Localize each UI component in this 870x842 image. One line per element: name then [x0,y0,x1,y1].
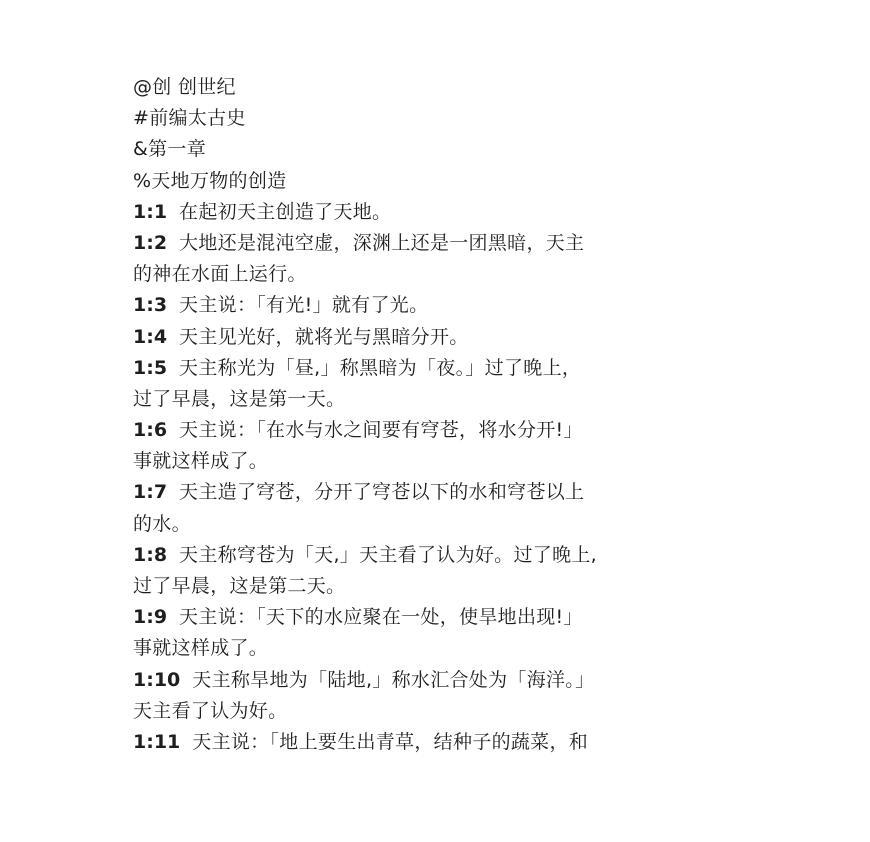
verse-continuation: 过了早晨，这是第一天。 [133,384,753,415]
verse-number: 1:9 [133,606,167,628]
verse-text: 天主称旱地为「陆地,」称水汇合处为「海洋。」 [192,669,594,691]
verse-text: 天主见光好，就将光与黑暗分开。 [179,326,469,348]
document-page: @创 创世纪 #前编太古史 &第一章 %天地万物的创造 1:1在起初天主创造了天… [133,72,753,758]
verse-number: 1:8 [133,544,167,566]
verse-number: 1:6 [133,419,167,441]
verse-line: 1:7天主造了穹苍，分开了穹苍以下的水和穹苍以上 [133,477,753,508]
verse-text: 天主说：「地上要生出青草，结种子的蔬菜，和 [192,731,588,753]
verse-number: 1:10 [133,669,180,691]
verse-line: 1:1在起初天主创造了天地。 [133,197,753,228]
verse-continuation: 的神在水面上运行。 [133,259,753,290]
verse-line: 1:5天主称光为「昼,」称黑暗为「夜。」过了晚上， [133,353,753,384]
verse-number: 1:1 [133,201,167,223]
verse-line: 1:8天主称穹苍为「天,」天主看了认为好。过了晚上, [133,540,753,571]
verse-continuation: 事就这样成了。 [133,446,753,477]
verse-text: 天主说：「有光!」就有了光。 [179,294,428,316]
verse-line: 1:6天主说：「在水与水之间要有穹苍，将水分开!」 [133,415,753,446]
verse-continuation: 事就这样成了。 [133,633,753,664]
verse-text: 天主说：「天下的水应聚在一处，使旱地出现!」 [179,606,583,628]
verse-continuation: 的水。 [133,509,753,540]
verse-line: 1:9天主说：「天下的水应聚在一处，使旱地出现!」 [133,602,753,633]
verse-number: 1:5 [133,357,167,379]
chapter-header: &第一章 [133,134,753,165]
verse-text: 天主说：「在水与水之间要有穹苍，将水分开!」 [179,419,583,441]
verse-line: 1:4天主见光好，就将光与黑暗分开。 [133,322,753,353]
verse-text: 天主称光为「昼,」称黑暗为「夜。」过了晚上， [179,357,581,379]
verse-continuation: 天主看了认为好。 [133,696,753,727]
verse-number: 1:3 [133,294,167,316]
verse-text: 天主造了穹苍，分开了穹苍以下的水和穹苍以上 [179,481,584,503]
verse-continuation: 过了早晨，这是第二天。 [133,571,753,602]
verse-number: 1:2 [133,232,167,254]
verse-text: 天主称穹苍为「天,」天主看了认为好。过了晚上, [179,544,597,566]
verse-line: 1:2大地还是混沌空虚，深渊上还是一团黑暗，天主 [133,228,753,259]
verse-line: 1:11天主说：「地上要生出青草，结种子的蔬菜，和 [133,727,753,758]
verse-line: 1:3天主说：「有光!」就有了光。 [133,290,753,321]
verse-number: 1:7 [133,481,167,503]
verse-number: 1:4 [133,326,167,348]
verse-text: 在起初天主创造了天地。 [179,201,391,223]
book-header: @创 创世纪 [133,72,753,103]
verse-number: 1:11 [133,731,180,753]
verse-text: 大地还是混沌空虚，深渊上还是一团黑暗，天主 [179,232,584,254]
pericope-header: %天地万物的创造 [133,166,753,197]
section-header: #前编太古史 [133,103,753,134]
verse-line: 1:10天主称旱地为「陆地,」称水汇合处为「海洋。」 [133,665,753,696]
